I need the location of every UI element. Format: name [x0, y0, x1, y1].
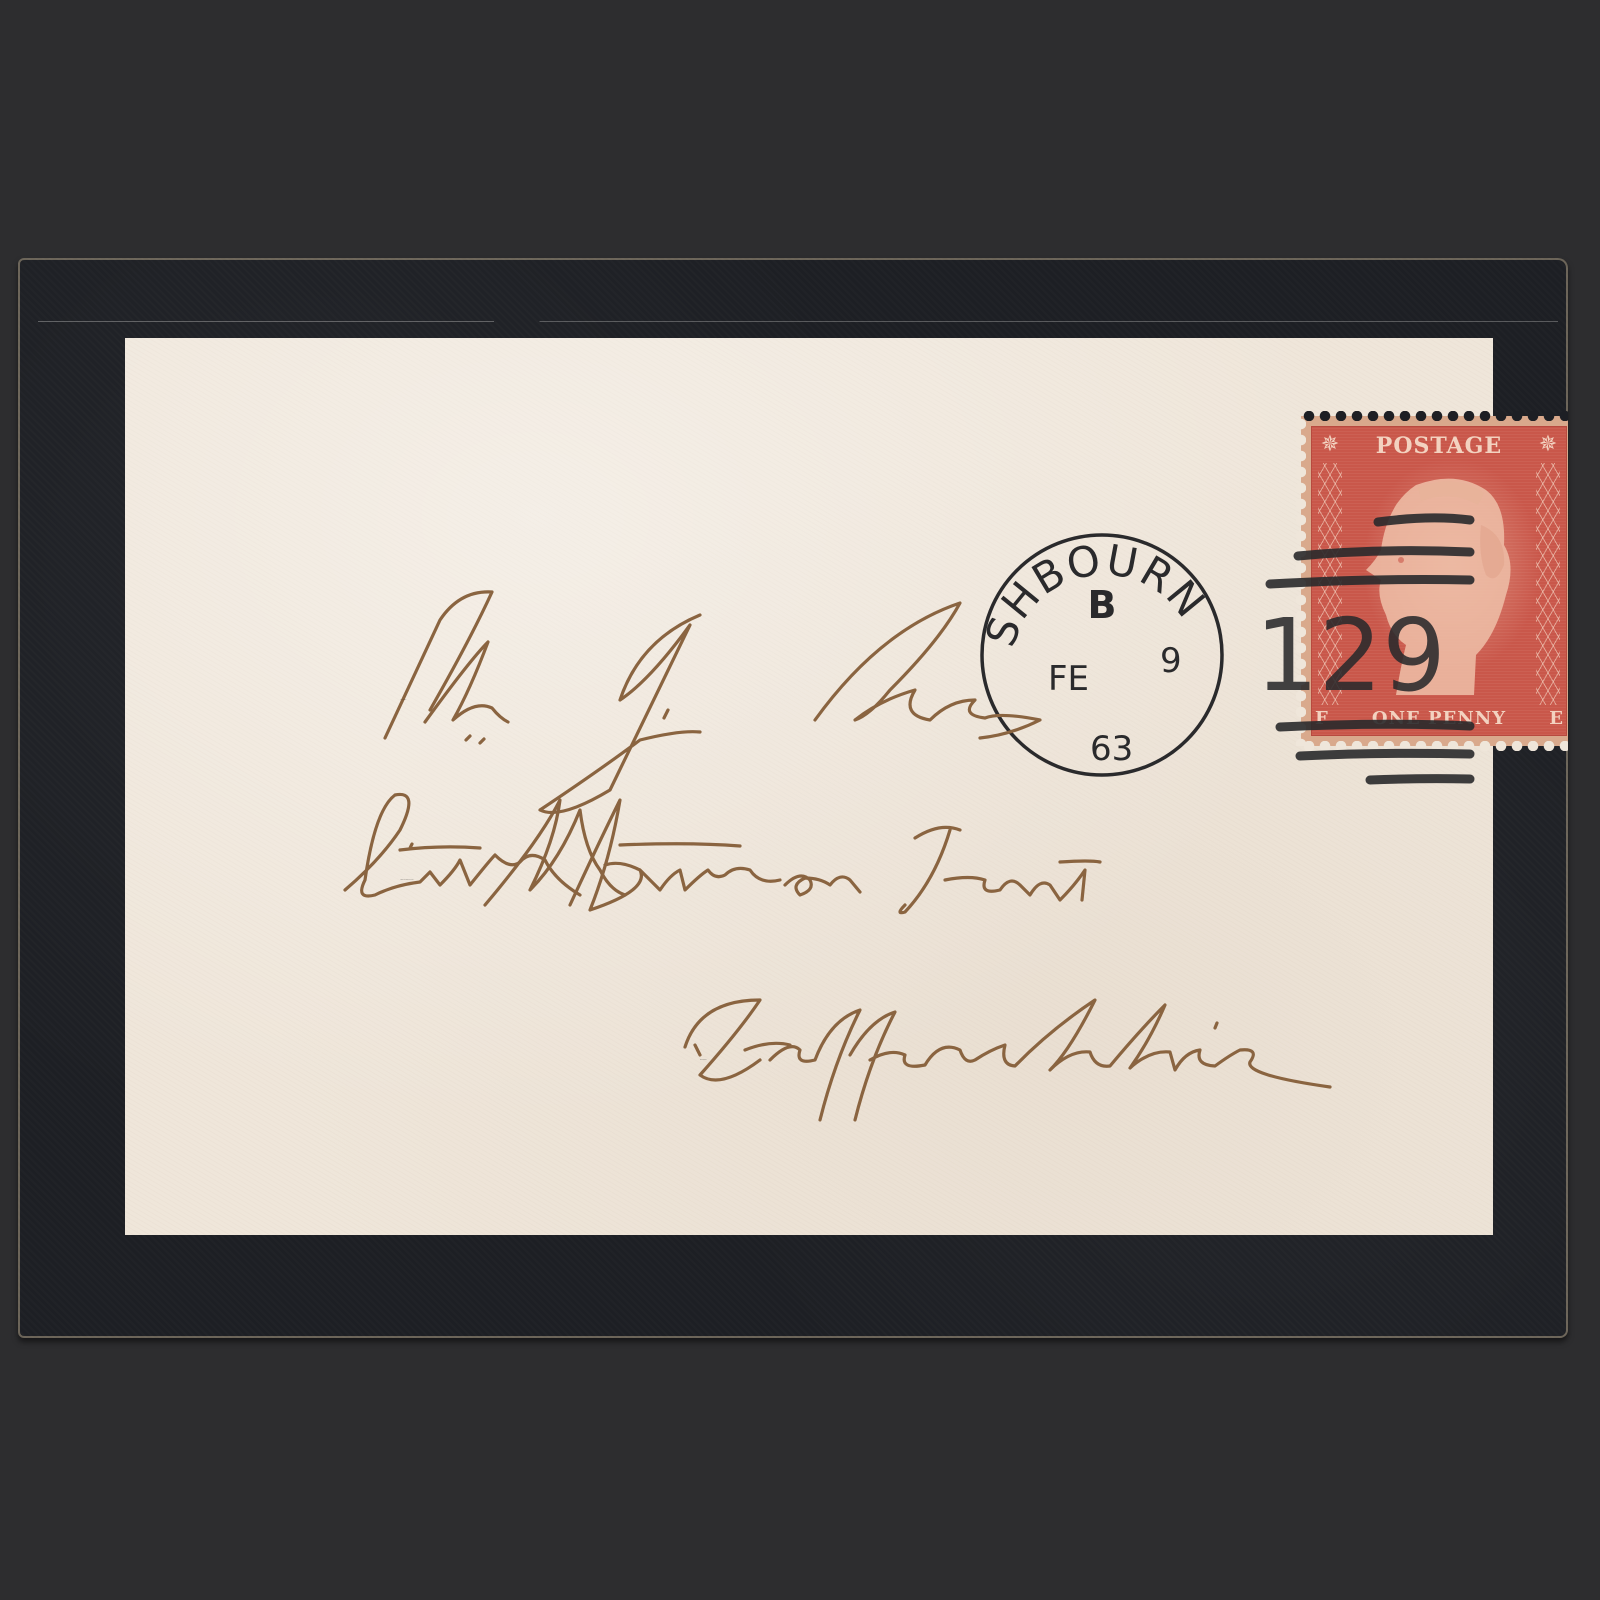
- stamp-postage-label: POSTAGE: [1352, 433, 1526, 459]
- star-ornament-icon: ✵: [1316, 431, 1344, 459]
- envelope-front-paper: ✵ ✵ POSTAGE F ONE PENNY E: [125, 338, 1493, 1235]
- stamp-value-label: ONE PENNY: [1332, 708, 1546, 729]
- star-ornament-icon: ✵: [1534, 431, 1562, 459]
- queen-victoria-portrait-icon: [1356, 465, 1526, 695]
- stamp-perforations-top: [1301, 411, 1568, 421]
- stamp-lattice-left: [1318, 463, 1342, 705]
- penny-red-stamp: ✵ ✵ POSTAGE F ONE PENNY E: [1301, 416, 1568, 746]
- stamp-corner-letter-left: F: [1315, 708, 1328, 729]
- stamp-lattice-right: [1536, 463, 1560, 705]
- stamp-perforations-bottom: [1301, 741, 1568, 751]
- stamp-corner-letter-right: E: [1549, 708, 1563, 729]
- mourning-envelope: ✵ ✵ POSTAGE F ONE PENNY E: [18, 258, 1568, 1338]
- stamp-perforations-left: [1296, 416, 1306, 746]
- stamp-design: ✵ ✵ POSTAGE F ONE PENNY E: [1311, 426, 1567, 736]
